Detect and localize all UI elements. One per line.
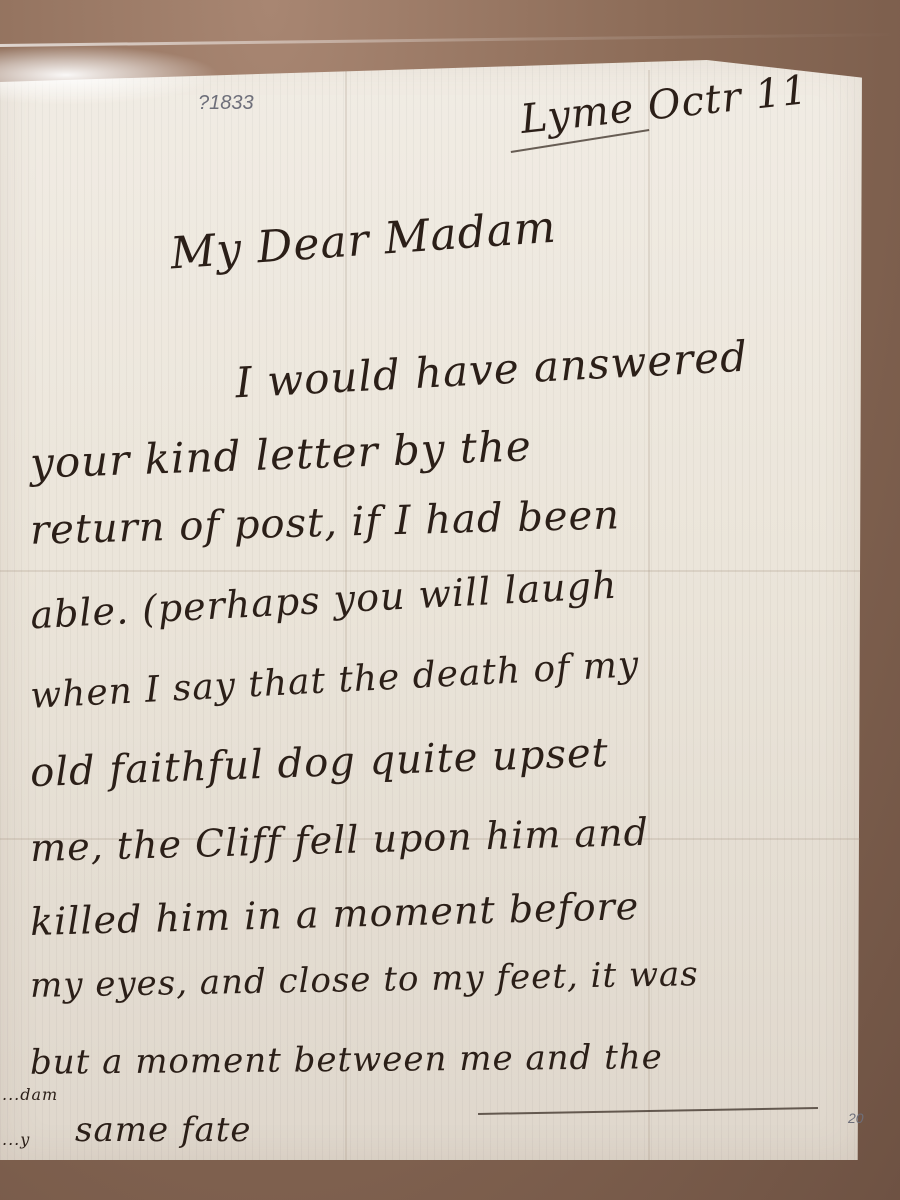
page-number: 20: [848, 1110, 864, 1126]
body-line: but a moment between me and the: [30, 1037, 663, 1083]
margin-note: ...y: [2, 1130, 30, 1149]
archival-date-note: ?1833: [198, 92, 254, 115]
body-line: same fate: [75, 1110, 252, 1150]
fold-crease: [648, 70, 650, 1160]
margin-note: ...dam: [2, 1085, 58, 1104]
